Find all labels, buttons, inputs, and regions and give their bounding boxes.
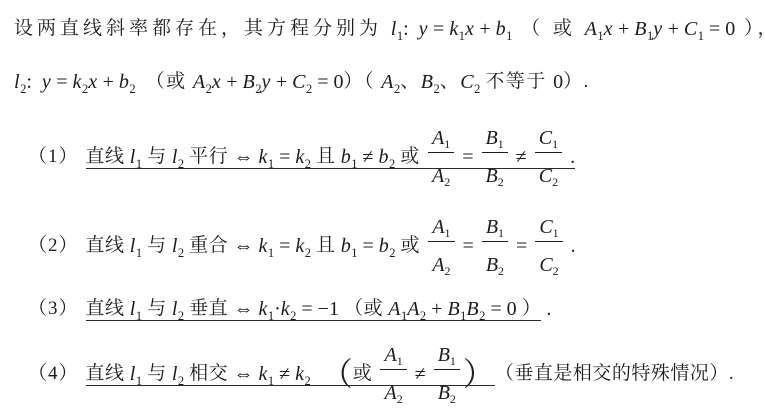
chinese-text: 且 <box>316 144 341 170</box>
fraction: C1C2 <box>535 128 562 187</box>
big-paren: ） <box>463 361 495 387</box>
chinese-text: 直线 <box>86 144 130 170</box>
fraction-denominator: C2 <box>535 166 562 187</box>
math-text: ⇔ k1 ≠ k2 <box>233 361 320 387</box>
fraction-denominator: B2 <box>482 255 508 276</box>
math-text: l1 <box>130 361 147 387</box>
math-text: l2: y = k2x + b2 <box>14 69 146 95</box>
fraction-numerator: B1 <box>482 217 508 242</box>
chinese-text: 相交 <box>189 361 233 387</box>
math-text: B2 <box>421 69 440 95</box>
math-text: l1: y = k1x + b1 <box>391 16 513 42</box>
fraction: B1B2 <box>434 345 460 404</box>
fraction-denominator: A2 <box>380 383 406 404</box>
fraction-numerator: C1 <box>535 128 562 153</box>
big-paren: （ <box>321 361 353 387</box>
math-text: l2 <box>172 296 189 322</box>
fraction-denominator: A2 <box>428 255 454 276</box>
fraction: B1B2 <box>482 128 508 187</box>
chinese-text: 、 <box>440 69 461 95</box>
underlined-phrase: 直线 l1 与 l2 垂直 ⇔ k1·k2 = −1 （或 A1A2 + B1B… <box>86 296 542 322</box>
math-text: . <box>565 144 575 170</box>
math-text: ⇔ k1 = k2 <box>233 233 316 259</box>
text-run: （垂直是相交的特殊情况）. <box>495 361 734 387</box>
math-text: b1 ≠ b2 <box>341 144 400 170</box>
intro-line-2: l2: y = k2x + b2 （或 A2x + B2y + C2 = 0）（… <box>14 66 757 98</box>
intro-line-1: 设两直线斜率都存在，其方程分别为 l1: y = k1x + b1 （ 或 A1… <box>14 13 757 45</box>
chinese-text: 不等于 <box>485 69 553 95</box>
chinese-text: 重合 <box>189 233 233 259</box>
fraction: A1A2 <box>428 217 454 276</box>
fraction-denominator: B2 <box>482 166 508 187</box>
math-text: l1 <box>130 144 147 170</box>
chinese-text: （或 <box>146 69 193 95</box>
math-text: A1x + B1y + C1 = 0 <box>585 16 736 42</box>
chinese-text: 且 <box>316 233 341 259</box>
math-text: l2 <box>172 233 189 259</box>
math-text: A2 <box>381 69 400 95</box>
math-text: A2x + B2y + C2 = 0 <box>193 69 344 95</box>
math-text: l1 <box>130 296 147 322</box>
text-run: 直线 l1 与 l2 重合 ⇔ k1 = k2 且 b1 = b2 或 A1A2… <box>86 217 576 276</box>
math-text: 0 <box>553 69 563 95</box>
math-text: ≠ <box>410 361 431 387</box>
chinese-text: 直线 <box>86 361 130 387</box>
fraction-denominator: A2 <box>428 166 454 187</box>
chinese-text: 与 <box>147 233 172 259</box>
chinese-text: 平行 <box>189 144 233 170</box>
fraction-denominator: B2 <box>434 383 460 404</box>
fraction-numerator: A1 <box>428 128 454 153</box>
chinese-text: 或 <box>400 144 425 170</box>
math-text: ⇔ k1 = k2 <box>233 144 316 170</box>
underlined-phrase: 直线 l1 与 l2 相交 ⇔ k1 ≠ k2 （或 A1A2 ≠ B1B2） <box>86 345 495 404</box>
chinese-text: （ 或 <box>512 16 584 42</box>
item-number-label: （2） <box>28 233 79 259</box>
underlined-phrase: 直线 l1 与 l2 平行 ⇔ k1 = k2 且 b1 ≠ b2 或 A1A2… <box>86 128 576 187</box>
chinese-text: ） <box>517 296 542 322</box>
chinese-text: 与 <box>147 361 172 387</box>
math-text: = <box>457 144 478 170</box>
text-run: 设两直线斜率都存在，其方程分别为 l1: y = k1x + b1 （ 或 A1… <box>14 16 765 42</box>
math-document: 设两直线斜率都存在，其方程分别为 l1: y = k1x + b1 （ 或 A1… <box>0 0 765 406</box>
fraction-numerator: C1 <box>535 217 562 242</box>
chinese-text: ）. <box>563 69 590 95</box>
chinese-text: （垂直是相交的特殊情况）. <box>495 361 734 387</box>
fraction: A1A2 <box>380 345 406 404</box>
math-text: l1 <box>130 233 147 259</box>
chinese-text: 与 <box>147 296 172 322</box>
math-text: b1 = b2 <box>341 233 401 259</box>
chinese-text: ）， <box>735 16 765 42</box>
chinese-text: 设两直线斜率都存在，其方程分别为 <box>14 16 391 42</box>
item-1-parallel: （1）直线 l1 与 l2 平行 ⇔ k1 = k2 且 b1 ≠ b2 或 A… <box>14 125 757 189</box>
math-text: l2 <box>172 144 189 170</box>
math-text: ⇔ k1·k2 = −1 <box>233 296 344 322</box>
math-text: . <box>566 233 576 259</box>
chinese-text: 或 <box>401 233 426 259</box>
math-text: l2 <box>172 361 189 387</box>
fraction-denominator: C2 <box>535 255 562 276</box>
math-text: . <box>541 296 551 322</box>
math-text: C2 <box>460 69 485 95</box>
fraction-numerator: B1 <box>482 128 508 153</box>
fraction: C1C2 <box>535 217 562 276</box>
item-number-label: （4） <box>28 361 79 387</box>
fraction-numerator: A1 <box>380 345 406 370</box>
item-3-perpendicular: （3）直线 l1 与 l2 垂直 ⇔ k1·k2 = −1 （或 A1A2 + … <box>14 292 757 326</box>
chinese-text: 直线 <box>86 296 130 322</box>
text-run: l2: y = k2x + b2 （或 A2x + B2y + C2 = 0）（… <box>14 69 590 95</box>
chinese-text: 或 <box>353 361 378 387</box>
fraction: B1B2 <box>482 217 508 276</box>
item-4-intersect: （4）直线 l1 与 l2 相交 ⇔ k1 ≠ k2 （或 A1A2 ≠ B1B… <box>14 342 757 406</box>
fraction: A1A2 <box>428 128 454 187</box>
fraction-numerator: A1 <box>428 217 454 242</box>
chinese-text: 垂直 <box>189 296 233 322</box>
item-number-label: （3） <box>28 296 79 322</box>
math-text: = <box>511 233 532 259</box>
math-text: = <box>458 233 479 259</box>
chinese-text: （或 <box>344 296 388 322</box>
item-number-label: （1） <box>28 144 79 170</box>
text-run: . <box>541 296 551 322</box>
fraction-numerator: B1 <box>434 345 460 370</box>
math-text: ≠ <box>511 144 532 170</box>
item-2-coincide: （2）直线 l1 与 l2 重合 ⇔ k1 = k2 且 b1 = b2 或 A… <box>14 214 757 278</box>
chinese-text: 与 <box>147 144 172 170</box>
math-text: A1A2 + B1B2 = 0 <box>388 296 516 322</box>
chinese-text: 、 <box>400 69 421 95</box>
chinese-text: ）（ <box>344 69 382 95</box>
chinese-text: 直线 <box>86 233 130 259</box>
